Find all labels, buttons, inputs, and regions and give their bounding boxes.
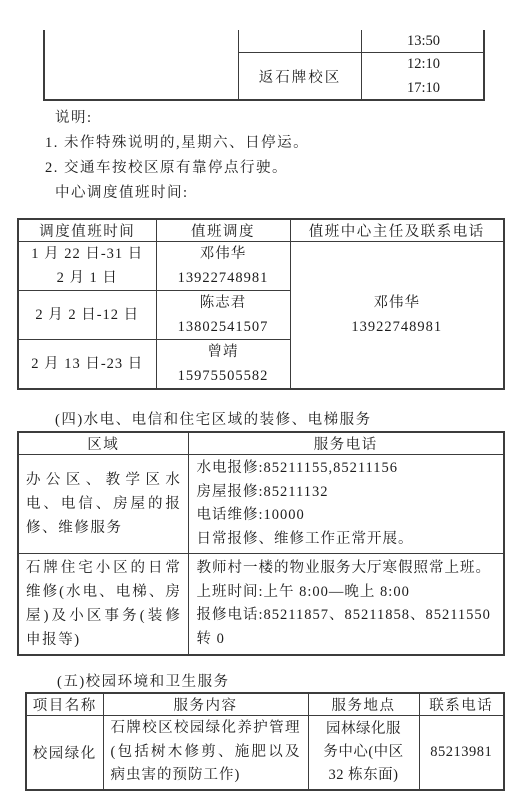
area-cell: 石牌住宅小区的日常维修(水电、电梯、房屋)及小区事务(装修申报等)	[18, 554, 188, 656]
return-time: 12:10	[407, 52, 440, 76]
header-service-phone: 服务电话	[188, 432, 504, 455]
service-phone-line: 电话维修:10000	[197, 504, 500, 528]
service-phone-line: 报修电话:85211857、85211858、85211550	[197, 604, 500, 628]
dispatcher-cell: 邓伟华 13922748981	[156, 242, 290, 291]
depart-time-cell: 13:50	[362, 30, 485, 52]
director-cell: 邓伟华 13922748981	[290, 242, 504, 390]
area-cell: 办公区、教学区水电、电信、房屋的报修、维修服务	[18, 455, 188, 554]
table-header-row: 区域 服务电话	[18, 432, 504, 455]
dispatcher-cell: 陈志君 13802541507	[156, 291, 290, 340]
header-duty-director: 值班中心主任及联系电话	[290, 219, 504, 242]
location-line: 务中心(中区	[309, 741, 419, 764]
duty-period-line: 2 月 1 日	[19, 266, 156, 290]
notes-title: 说明:	[45, 106, 309, 131]
utilities-service-table: 区域 服务电话 办公区、教学区水电、电信、房屋的报修、维修服务 水电报修:852…	[17, 431, 505, 656]
duty-period-cell: 2 月 13 日-23 日	[18, 340, 156, 390]
dispatcher-name: 邓伟华	[157, 242, 290, 266]
table-row: 1 月 22 日-31 日 2 月 1 日 邓伟华 13922748981 邓伟…	[18, 242, 504, 291]
service-phone-line: 教师村一楼的物业服务大厅寒假照常上班。	[197, 557, 500, 581]
header-duty-period: 调度值班时间	[18, 219, 156, 242]
service-phone-cell: 教师村一楼的物业服务大厅寒假照常上班。 上班时间:上午 8:00—晚上 8:00…	[188, 554, 504, 656]
service-phone-line: 上班时间:上午 8:00—晚上 8:00	[197, 581, 500, 605]
table-row: 办公区、教学区水电、电信、房屋的报修、维修服务 水电报修:85211155,85…	[18, 455, 504, 554]
dispatcher-cell: 曾靖 15975505582	[156, 340, 290, 390]
service-phone-cell: 水电报修:85211155,85211156 房屋报修:85211132 电话维…	[188, 455, 504, 554]
director-phone: 13922748981	[291, 315, 504, 339]
duty-period-cell: 2 月 2 日-12 日	[18, 291, 156, 340]
location-line: 园林绿化服	[309, 718, 419, 741]
header-service-content: 服务内容	[103, 693, 308, 716]
duty-period-cell: 1 月 22 日-31 日 2 月 1 日	[18, 242, 156, 291]
document-page: 13:50 返石牌校区 12:10 17:10 说明: 1. 未作特殊说明的,星…	[0, 0, 521, 796]
dispatcher-name: 曾靖	[157, 340, 290, 364]
location-line: 32 栋东面)	[309, 764, 419, 787]
header-project-name: 项目名称	[26, 693, 103, 716]
service-phone-line: 水电报修:85211155,85211156	[197, 457, 500, 481]
service-phone-line: 房屋报修:85211132	[197, 481, 500, 505]
service-phone-line: 转 0	[197, 628, 500, 652]
section5-heading: (五)校园环境和卫生服务	[57, 670, 230, 691]
table-header-row: 项目名称 服务内容 服务地点 联系电话	[26, 693, 504, 716]
service-phone-line: 日常报修、维修工作正常开展。	[197, 528, 500, 552]
table-row: 石牌住宅小区的日常维修(水电、电梯、房屋)及小区事务(装修申报等) 教师村一楼的…	[18, 554, 504, 656]
note-line: 2. 交通车按校区原有靠停点行驶。	[45, 156, 309, 181]
table-header-row: 调度值班时间 值班调度 值班中心主任及联系电话	[18, 219, 504, 242]
table-row: 校园绿化 石牌校区校园绿化养护管理(包括树木修剪、施肥以及病虫害的预防工作) 园…	[26, 716, 504, 790]
project-name-cell: 校园绿化	[26, 716, 103, 790]
director-name: 邓伟华	[291, 291, 504, 315]
contact-phone-cell: 85213981	[419, 716, 504, 790]
dispatcher-phone: 15975505582	[157, 364, 290, 388]
duty-heading: 中心调度值班时间:	[45, 181, 309, 206]
header-duty-dispatcher: 值班调度	[156, 219, 290, 242]
bus-schedule-table: 13:50 返石牌校区 12:10 17:10	[43, 30, 485, 101]
duty-period-line: 1 月 22 日-31 日	[19, 242, 156, 266]
service-location-cell: 园林绿化服 务中心(中区 32 栋东面)	[308, 716, 419, 790]
return-times-cell: 12:10 17:10	[362, 53, 485, 99]
dispatcher-name: 陈志君	[157, 291, 290, 315]
section4-heading: (四)水电、电信和住宅区域的装修、电梯服务	[55, 408, 372, 429]
header-service-location: 服务地点	[308, 693, 419, 716]
duty-schedule-table: 调度值班时间 值班调度 值班中心主任及联系电话 1 月 22 日-31 日 2 …	[17, 218, 505, 390]
header-area: 区域	[18, 432, 188, 455]
note-line: 1. 未作特殊说明的,星期六、日停运。	[45, 131, 309, 156]
dispatcher-phone: 13922748981	[157, 266, 290, 290]
notes-block: 说明: 1. 未作特殊说明的,星期六、日停运。 2. 交通车按校区原有靠停点行驶…	[45, 106, 309, 206]
header-contact-phone: 联系电话	[419, 693, 504, 716]
dispatcher-phone: 13802541507	[157, 315, 290, 339]
return-time: 17:10	[407, 76, 440, 100]
campus-environment-table: 项目名称 服务内容 服务地点 联系电话 校园绿化 石牌校区校园绿化养护管理(包括…	[25, 692, 505, 791]
service-content-cell: 石牌校区校园绿化养护管理(包括树木修剪、施肥以及病虫害的预防工作)	[103, 716, 308, 790]
return-route-cell: 返石牌校区	[239, 53, 361, 99]
